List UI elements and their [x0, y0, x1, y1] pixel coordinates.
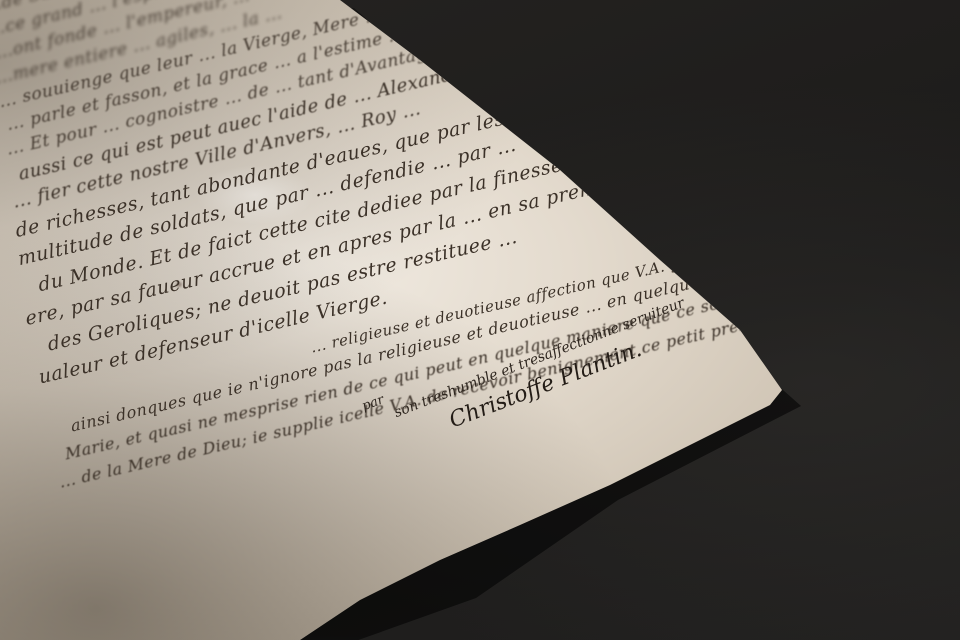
photo-scene: ...de Sainte Eglise ... l'Empereur ... .…	[0, 0, 960, 640]
